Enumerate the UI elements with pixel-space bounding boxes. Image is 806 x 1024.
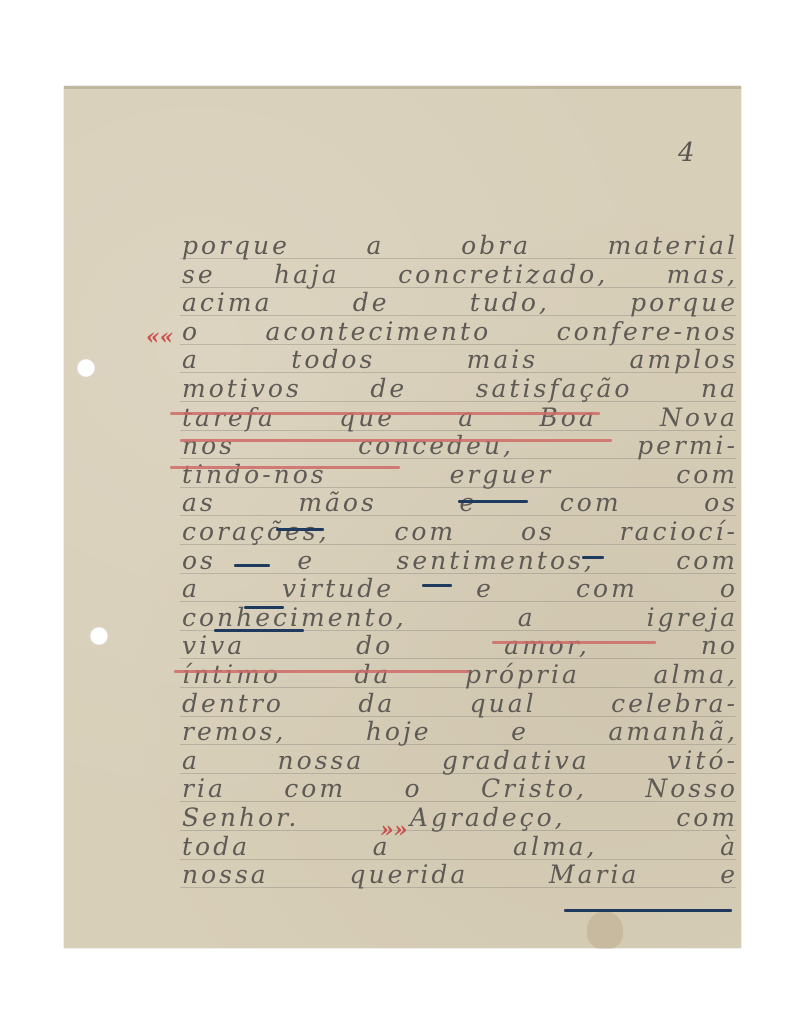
open-quote-glyph: « [160, 324, 174, 350]
page-top-edge [64, 86, 741, 89]
word: haja [274, 260, 340, 289]
word: alma, [513, 832, 597, 861]
word: ria [182, 774, 226, 803]
word: celebra- [611, 689, 738, 718]
word: e [297, 546, 315, 575]
word: Boa [539, 403, 596, 432]
text-line: vivadoamor,no [182, 632, 738, 660]
text-line: avirtudeecomo [182, 575, 738, 603]
word: mãos [298, 488, 377, 517]
word: amplos [630, 345, 739, 374]
word: e [476, 574, 494, 603]
close-quote-glyph: » [380, 817, 394, 843]
text-line: dentrodaqualcelebra- [182, 690, 738, 718]
punch-hole-upper [77, 359, 95, 377]
text-line: sehajaconcretizado,mas, [182, 261, 738, 289]
word: a [367, 231, 385, 260]
word: Senhor. [182, 803, 299, 832]
word: tarefa [182, 403, 276, 432]
word: raciocí- [620, 517, 738, 546]
word: vitó- [667, 746, 738, 775]
word: o [720, 574, 738, 603]
text-line: motivosdesatisfaçãona [182, 375, 738, 403]
word: obra [461, 231, 531, 260]
word: com [676, 803, 738, 832]
word: os [704, 488, 738, 517]
text-line: remos,hojeeamanhã, [182, 718, 738, 746]
text-line: Senhor.Agradeço,com [182, 804, 738, 832]
word: acontecimento [266, 317, 492, 346]
word: gradativa [442, 746, 590, 775]
word: e [511, 717, 529, 746]
word: concedeu, [358, 431, 514, 460]
blue-underline-conhecimento [214, 629, 304, 632]
text-line: íntimodaprópriaalma, [182, 661, 738, 689]
text-line: anossagradativavitó- [182, 747, 738, 775]
word: o [404, 774, 422, 803]
word: que [339, 403, 395, 432]
word: na [701, 374, 738, 403]
word: a [458, 403, 476, 432]
word: Maria [549, 860, 639, 889]
word: viva [182, 631, 245, 660]
manuscript-page: 4 porqueaobramaterialsehajaconcretizado,… [64, 86, 741, 948]
word: à [720, 832, 738, 861]
word: com [284, 774, 346, 803]
word: se [182, 260, 216, 289]
word: amanhã, [608, 717, 738, 746]
blue-underline-raciocinios [582, 556, 604, 559]
word: toda [182, 832, 250, 861]
word: Nova [660, 403, 738, 432]
text-line: riacomoCristo,Nosso [182, 775, 738, 803]
word: nos [182, 431, 235, 460]
text-line: asmãosecomos [182, 489, 738, 517]
word: remos, [182, 717, 286, 746]
punch-hole-lower [90, 627, 108, 645]
word: com [576, 574, 638, 603]
word: e [720, 860, 738, 889]
word: Nosso [645, 774, 738, 803]
word: Cristo, [481, 774, 587, 803]
word: Agradeço, [410, 803, 566, 832]
text-line: nossaqueridaMariae [182, 861, 738, 889]
word: nossa [182, 860, 269, 889]
paper-stain [587, 911, 623, 949]
text-line: tarefaqueaBoaNova [182, 404, 738, 432]
blue-underline-erguer [458, 500, 528, 503]
red-close-quote-mark: »» [380, 817, 408, 843]
word: da [355, 660, 392, 689]
word: amor, [504, 631, 590, 660]
word: querida [350, 860, 469, 889]
red-underline-boa-nova [180, 439, 612, 442]
open-quote-glyph: « [146, 324, 160, 350]
text-line: atodosmaisamplos [182, 346, 738, 374]
word: as [182, 488, 216, 517]
red-open-quote-mark: «« [146, 324, 174, 350]
word: motivos [182, 374, 302, 403]
word: de [370, 374, 407, 403]
word: o [182, 317, 200, 346]
word: corações, [182, 517, 330, 546]
text-line: osesentimentos,com [182, 547, 738, 575]
blue-underline-e [234, 564, 270, 567]
text-line: oacontecimentoconfere-nos [182, 318, 738, 346]
word: dentro [182, 689, 284, 718]
blue-underline-maria [564, 909, 732, 912]
word: do [356, 631, 393, 660]
word: a [182, 746, 200, 775]
word: tindo-nos [182, 460, 327, 489]
word: material [608, 231, 738, 260]
text-line: acimadetudo,porque [182, 289, 738, 317]
word: própria [465, 660, 580, 689]
word: no [701, 631, 738, 660]
text-line: tindo-noserguercom [182, 461, 738, 489]
word: mas, [667, 260, 738, 289]
word: mais [467, 345, 538, 374]
blue-underline-maos [276, 528, 324, 531]
word: satisfação [476, 374, 633, 403]
word: igreja [647, 603, 738, 632]
word: de [353, 288, 390, 317]
word: com [676, 546, 738, 575]
text-line: corações,comosraciocí- [182, 518, 738, 546]
word: virtude [282, 574, 394, 603]
word: a [182, 345, 200, 374]
word: todos [291, 345, 375, 374]
word: com [394, 517, 456, 546]
text-line: todaaalma,à [182, 833, 738, 861]
word: sentimentos, [397, 546, 595, 575]
close-quote-glyph: » [394, 817, 408, 843]
word: porque [630, 288, 738, 317]
word: com [560, 488, 622, 517]
red-underline-igreja [492, 641, 656, 644]
word: conhecimento, [182, 603, 407, 632]
red-underline-viva-amor [174, 670, 470, 673]
word: a [518, 603, 536, 632]
blue-underline-virtude [244, 606, 284, 609]
word: confere-nos [557, 317, 738, 346]
word: com [676, 460, 738, 489]
word: íntimo [182, 660, 281, 689]
text-line: nosconcedeu,permi- [182, 432, 738, 460]
word: erguer [450, 460, 554, 489]
word: os [182, 546, 216, 575]
word: concretizado, [398, 260, 608, 289]
page-number: 4 [678, 138, 695, 168]
word: nossa [278, 746, 365, 775]
word: a [182, 574, 200, 603]
word: acima [182, 288, 273, 317]
red-underline-satisfacao [170, 412, 600, 415]
word: permi- [637, 431, 738, 460]
red-underline-concedeu [170, 466, 400, 469]
word: alma, [654, 660, 738, 689]
word: os [521, 517, 555, 546]
word: qual [470, 689, 537, 718]
word: porque [182, 231, 290, 260]
word: tudo, [470, 288, 550, 317]
blue-underline-sentimentos [422, 584, 452, 587]
word: hoje [366, 717, 432, 746]
word: da [358, 689, 395, 718]
text-line: porqueaobramaterial [182, 232, 738, 260]
